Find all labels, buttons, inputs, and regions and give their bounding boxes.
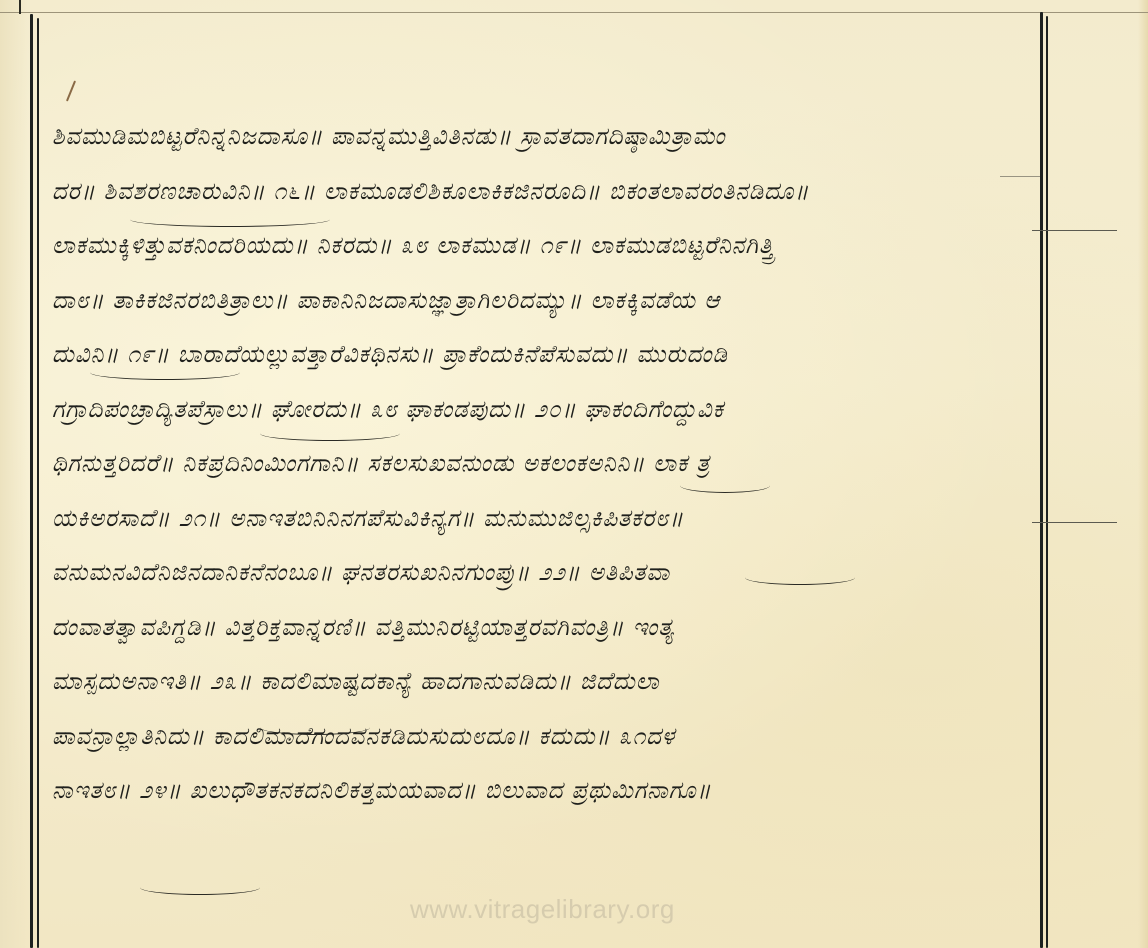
top-border-stub (19, 0, 21, 14)
manuscript-line-3: ಲಾಕಮುಕ್ಕಿಳಿತ್ತುವಕನಿಂದರಿಯದು॥ ನಿಕರದು॥ ೩೮ ಲ… (52, 221, 1037, 276)
left-margin-rule-inner (37, 18, 39, 948)
manuscript-line-11: ಮಾಸ್ಪದುಅನಾಇತಿ॥ ೨೩॥ ಕಾದಲಿಮಾಷ್ಟದಕಾನ್ಯೆ ಹಾದ… (52, 657, 1037, 712)
ink-flourish (140, 880, 260, 895)
left-margin-rule-outer (30, 14, 33, 948)
manuscript-line-7: ಥಿಗನುತ್ತರಿದರೆ॥ ನಿಕಪ್ರದಿನಿಂಮಿಂಗಗಾನಿ॥ ಸಕಲಸ… (52, 439, 1037, 494)
library-watermark: www.vitragelibrary.org (410, 894, 675, 925)
manuscript-line-13: ನಾಇತ೮॥ ೨೪॥ ಖಲುಧೌತಕನಕದನಿಲಿಕತ್ತಮಯವಾದ॥ ಬಿಲು… (52, 766, 1037, 821)
right-margin-rule-inner (1046, 16, 1048, 948)
manuscript-line-9: ವನುಮನವಿದೆನಿಜಿನದಾನಿಕನೆನಂಬೂ॥ ಘನತರಸುಖನಿನಗುಂ… (52, 548, 1037, 603)
manuscript-line-8: ಯಕಿಅರಸಾದೆ॥ ೨೧॥ ಅನಾಇತಬಿನಿನಿನಗಪೆಸುವಿಕಿನ್ಯಗ… (52, 494, 1037, 549)
ink-flourish (130, 212, 330, 227)
manuscript-line-6: ಗಗ್ರಾದಿಪಂಚ್ರಾದ್ಯಿತಪೆಸ್ರಾಲು॥ ಘೋರದು॥ ೩೮ ಘಾ… (52, 385, 1037, 440)
margin-tick-line (1032, 230, 1117, 231)
top-border-rule (0, 12, 1148, 13)
page-edge-shadow-left (0, 0, 28, 948)
page-edge-shadow-right (1138, 0, 1148, 948)
margin-tick-line (1032, 522, 1117, 523)
manuscript-line-4: ದಾ೮॥ ತಾಕಿಕಜಿನರಬಿತಿತ್ರಾಲು॥ ಪಾಕಾನಿನಿಜದಾಸುಜ… (52, 276, 1037, 331)
right-margin-rule-outer (1040, 12, 1043, 948)
ink-flourish (745, 570, 855, 585)
ink-flourish (680, 478, 770, 493)
manuscript-line-10: ದಂವಾತತ್ವಾವಪಿಗ್ದಡಿ॥ ವಿತ್ತರಿಕ್ತವಾನ್ನರಣಿ॥ ವ… (52, 603, 1037, 658)
ink-flourish (260, 426, 400, 441)
ink-flourish (90, 365, 240, 380)
ink-flourish (260, 720, 370, 735)
manuscript-line-12: ಪಾವನ್ರಾಲ್ಲಾತಿನಿದು॥ ಕಾದಲಿಮಾದೆಗಂದವನಕಡಿದುಸು… (52, 712, 1037, 767)
manuscript-line-1: ಶಿವಮುಡಿಮಬಿಟ್ಟರೆನಿನ್ನನಿಜದಾಸೂ॥ ಪಾವನ್ನಮುತ್ತ… (52, 112, 1037, 167)
